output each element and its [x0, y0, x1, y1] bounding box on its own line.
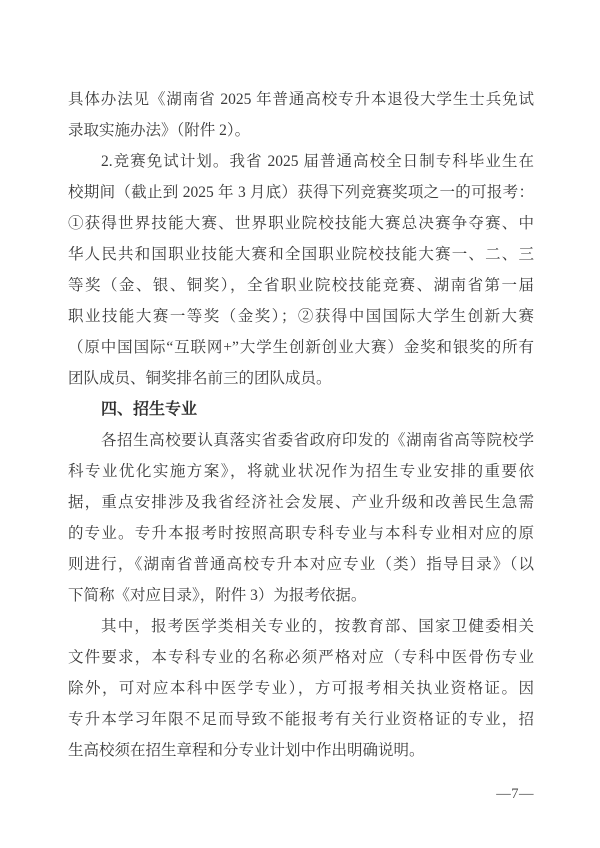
text-line: 专升本学习年限不足而导致不能报考有关行业资格证的专业，招 [68, 704, 534, 735]
text-line: 录取实施办法》（附件 2）。 [68, 115, 534, 146]
text-line: 等奖（金、银、铜奖），全省职业院校技能竞赛、湖南省第一届 [68, 270, 534, 301]
text-line: 其中，报考医学类相关专业的，按教育部、国家卫健委相关 [68, 611, 534, 642]
text-line: 团队成员、铜奖排名前三的团队成员。 [68, 363, 534, 394]
page-number: —7— [496, 784, 534, 804]
text-line: （原中国国际“互联网+”大学生创新创业大赛）金奖和银奖的所有 [68, 332, 534, 363]
text-line: ①获得世界技能大赛、世界职业院校技能大赛总决赛争夺赛、中 [68, 208, 534, 239]
text-line: 科专业优化实施方案》，将就业状况作为招生专业安排的重要依 [68, 456, 534, 487]
text-line: 华人民共和国职业技能大赛和全国职业院校技能大赛一、二、三 [68, 239, 534, 270]
text-line: 则进行，《湖南省普通高校专升本对应专业（类）指导目录》（以 [68, 549, 534, 580]
section-heading: 四、招生专业 [68, 394, 534, 425]
text-line: 2.竞赛免试计划。我省 2025 届普通高校全日制专科毕业生在 [68, 146, 534, 177]
text-line: 生高校须在招生章程和分专业计划中作出明确说明。 [68, 735, 534, 766]
text-line: 据，重点安排涉及我省经济社会发展、产业升级和改善民生急需 [68, 487, 534, 518]
text-line: 各招生高校要认真落实省委省政府印发的《湖南省高等院校学 [68, 425, 534, 456]
document-page: 具体办法见《湖南省 2025 年普通高校专升本退役大学生士兵免试录取实施办法》（… [0, 0, 600, 848]
text-line: 职业技能大赛一等奖（金奖）；②获得中国国际大学生创新大赛 [68, 301, 534, 332]
text-line: 的专业。专升本报考时按照高职专科专业与本科专业相对应的原 [68, 518, 534, 549]
text-line: 文件要求，本专科专业的名称必须严格对应（专科中医骨伤专业 [68, 642, 534, 673]
text-line: 下简称《对应目录》，附件 3）为报考依据。 [68, 580, 534, 611]
text-line: 具体办法见《湖南省 2025 年普通高校专升本退役大学生士兵免试 [68, 84, 534, 115]
text-line: 校期间（截止到 2025 年 3 月底）获得下列竞赛奖项之一的可报考： [68, 177, 534, 208]
text-line: 除外，可对应本科中医学专业），方可报考相关执业资格证。因 [68, 673, 534, 704]
document-body: 具体办法见《湖南省 2025 年普通高校专升本退役大学生士兵免试录取实施办法》（… [68, 84, 534, 766]
